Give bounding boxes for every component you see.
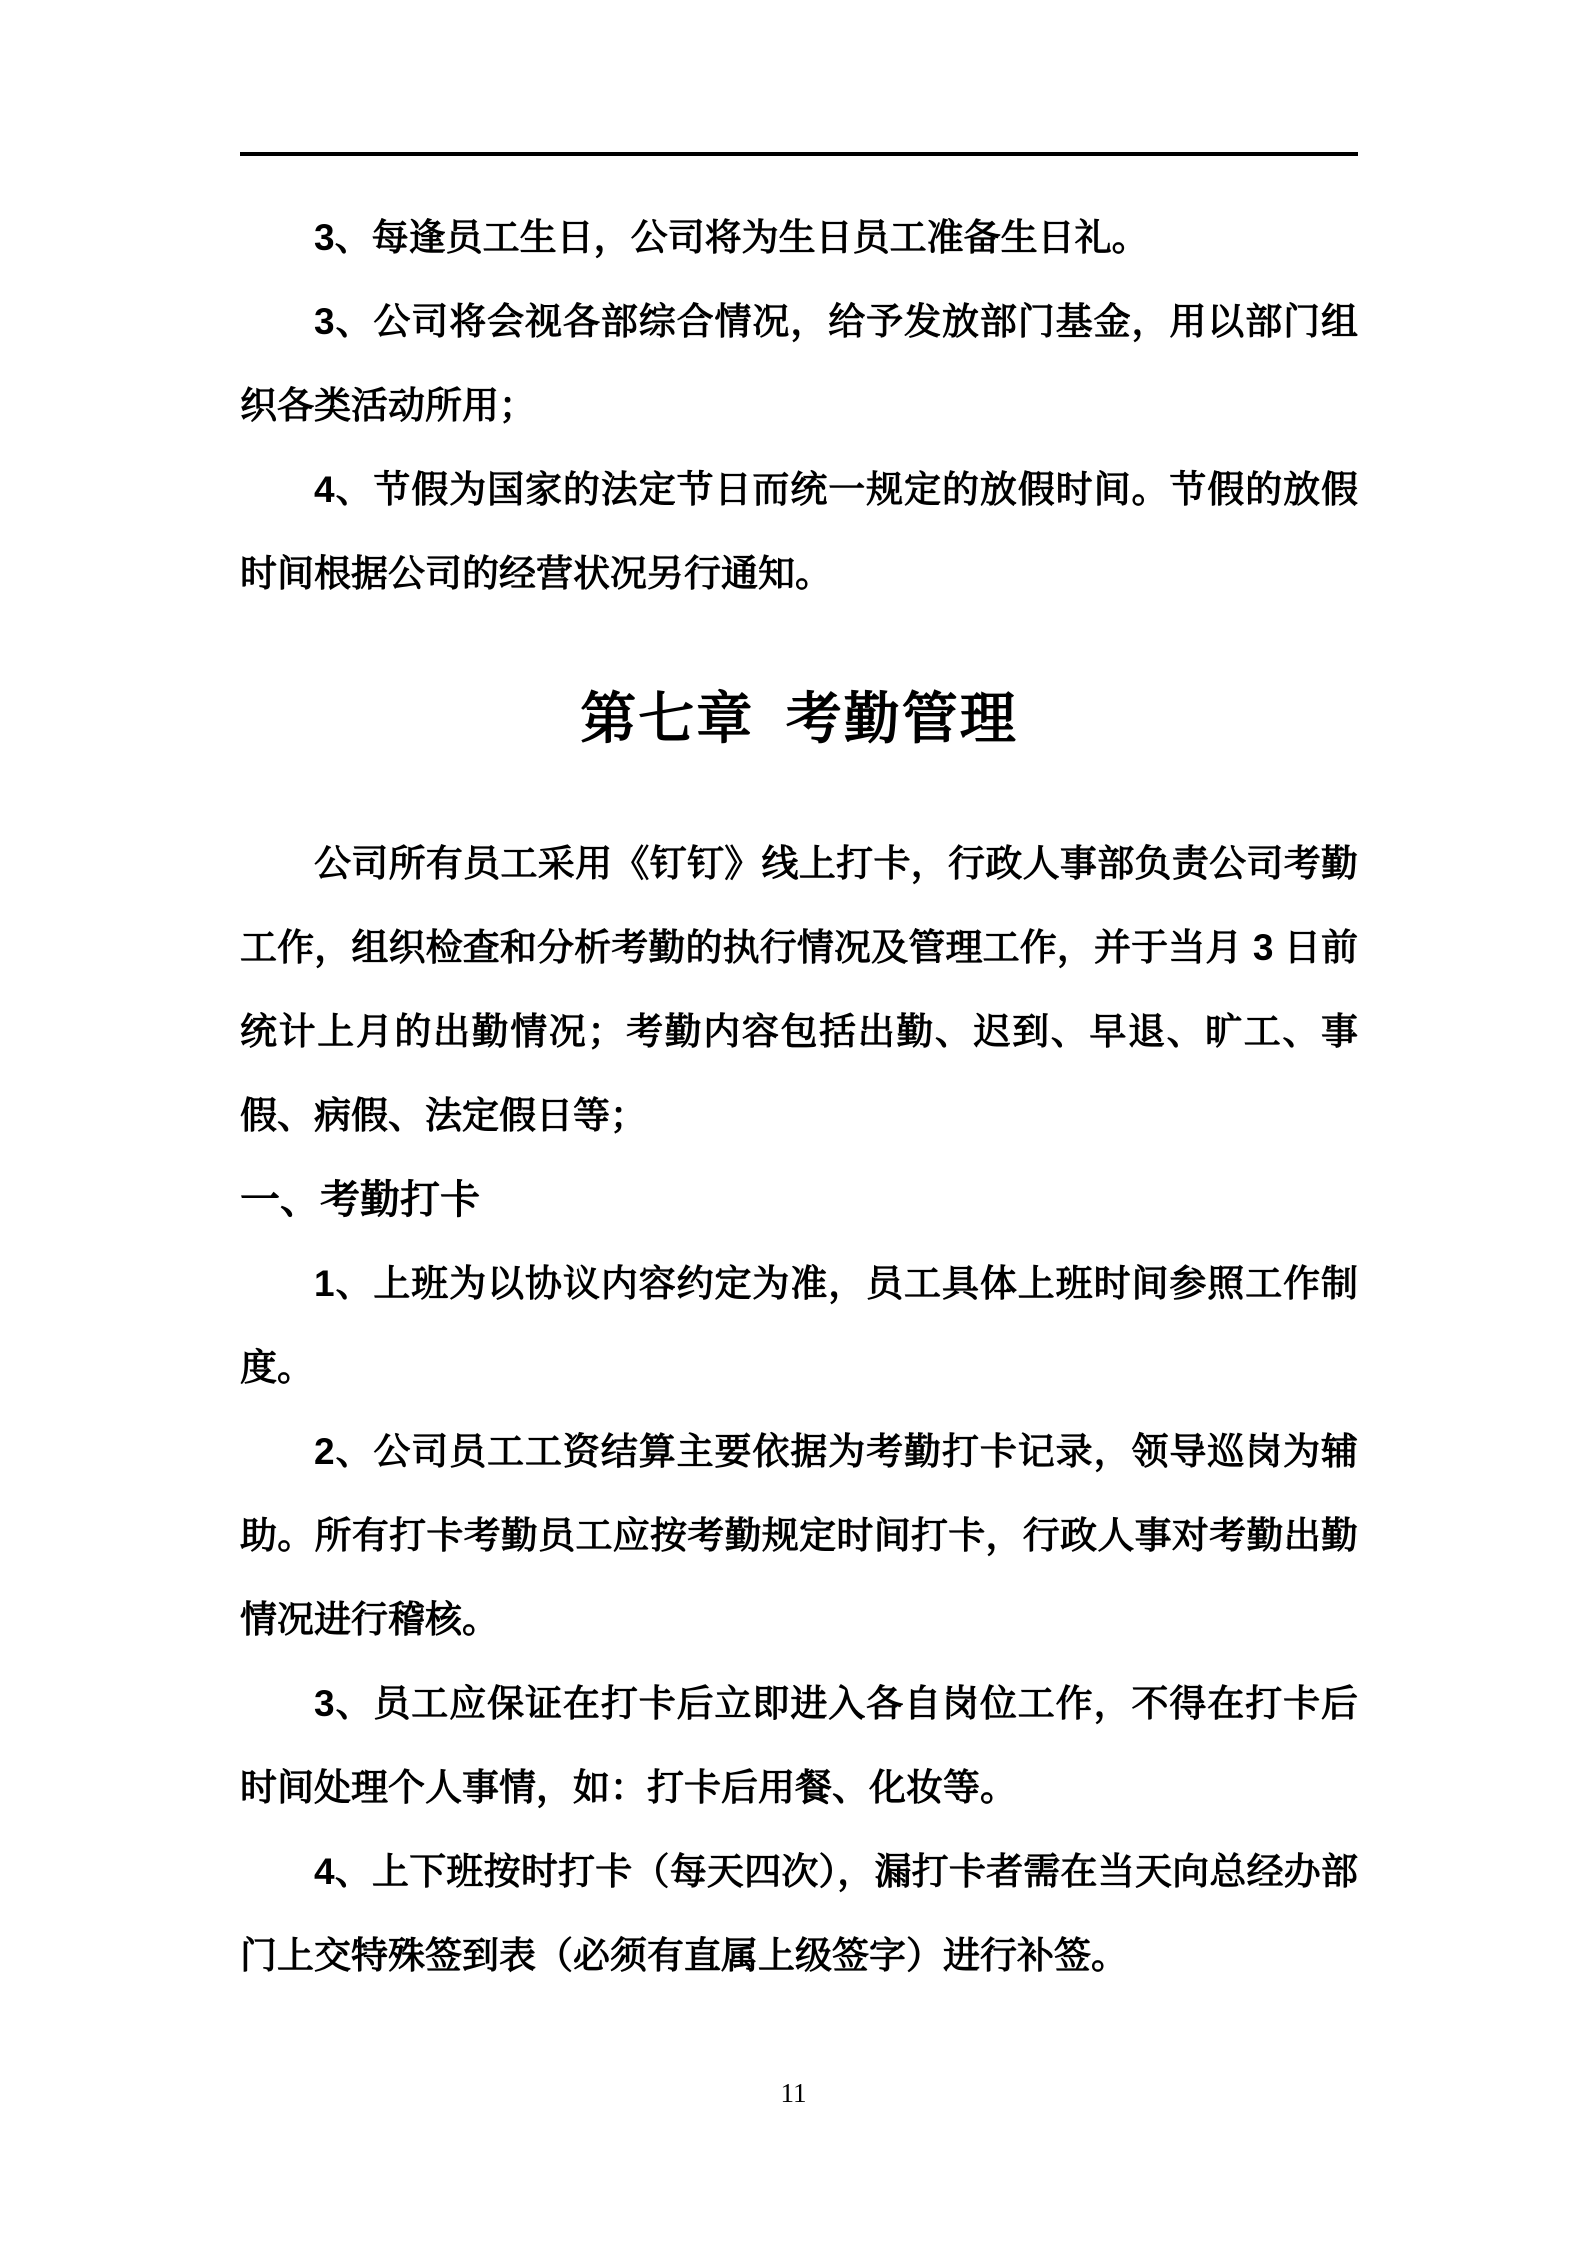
document-page: 3、每逢员工生日，公司将为生日员工准备生日礼。 3、公司将会视各部综合情况，给予… xyxy=(0,0,1587,2245)
chapter-title: 第七章 考勤管理 xyxy=(240,654,1358,784)
list-item-missed-clockin: 4、上下班按时打卡（每天四次），漏打卡者需在当天向总经办部门上交特殊签到表（必须… xyxy=(240,1830,1358,1998)
paragraph-department-fund: 3、公司将会视各部综合情况，给予发放部门基金，用以部门组织各类活动所用； xyxy=(240,280,1358,448)
intro-paragraph: 公司所有员工采用《钉钉》线上打卡，行政人事部负责公司考勤工作，组织检查和分析考勤… xyxy=(240,822,1358,1158)
page-number: 11 xyxy=(0,2078,1587,2109)
list-item-after-clockin: 3、员工应保证在打卡后立即进入各自岗位工作，不得在打卡后时间处理个人事情，如：打… xyxy=(240,1662,1358,1830)
list-item-work-time: 1、上班为以协议内容约定为准，员工具体上班时间参照工作制度。 xyxy=(240,1242,1358,1410)
page-content: 3、每逢员工生日，公司将为生日员工准备生日礼。 3、公司将会视各部综合情况，给予… xyxy=(240,196,1358,1998)
paragraph-holiday-rule: 4、节假为国家的法定节日而统一规定的放假时间。节假的放假时间根据公司的经营状况另… xyxy=(240,448,1358,616)
paragraph-birthday-gift: 3、每逢员工生日，公司将为生日员工准备生日礼。 xyxy=(240,196,1358,280)
section-heading: 一、考勤打卡 xyxy=(240,1158,1358,1242)
header-rule xyxy=(240,152,1358,156)
list-item-salary-basis: 2、公司员工工资结算主要依据为考勤打卡记录，领导巡岗为辅助。所有打卡考勤员工应按… xyxy=(240,1410,1358,1662)
